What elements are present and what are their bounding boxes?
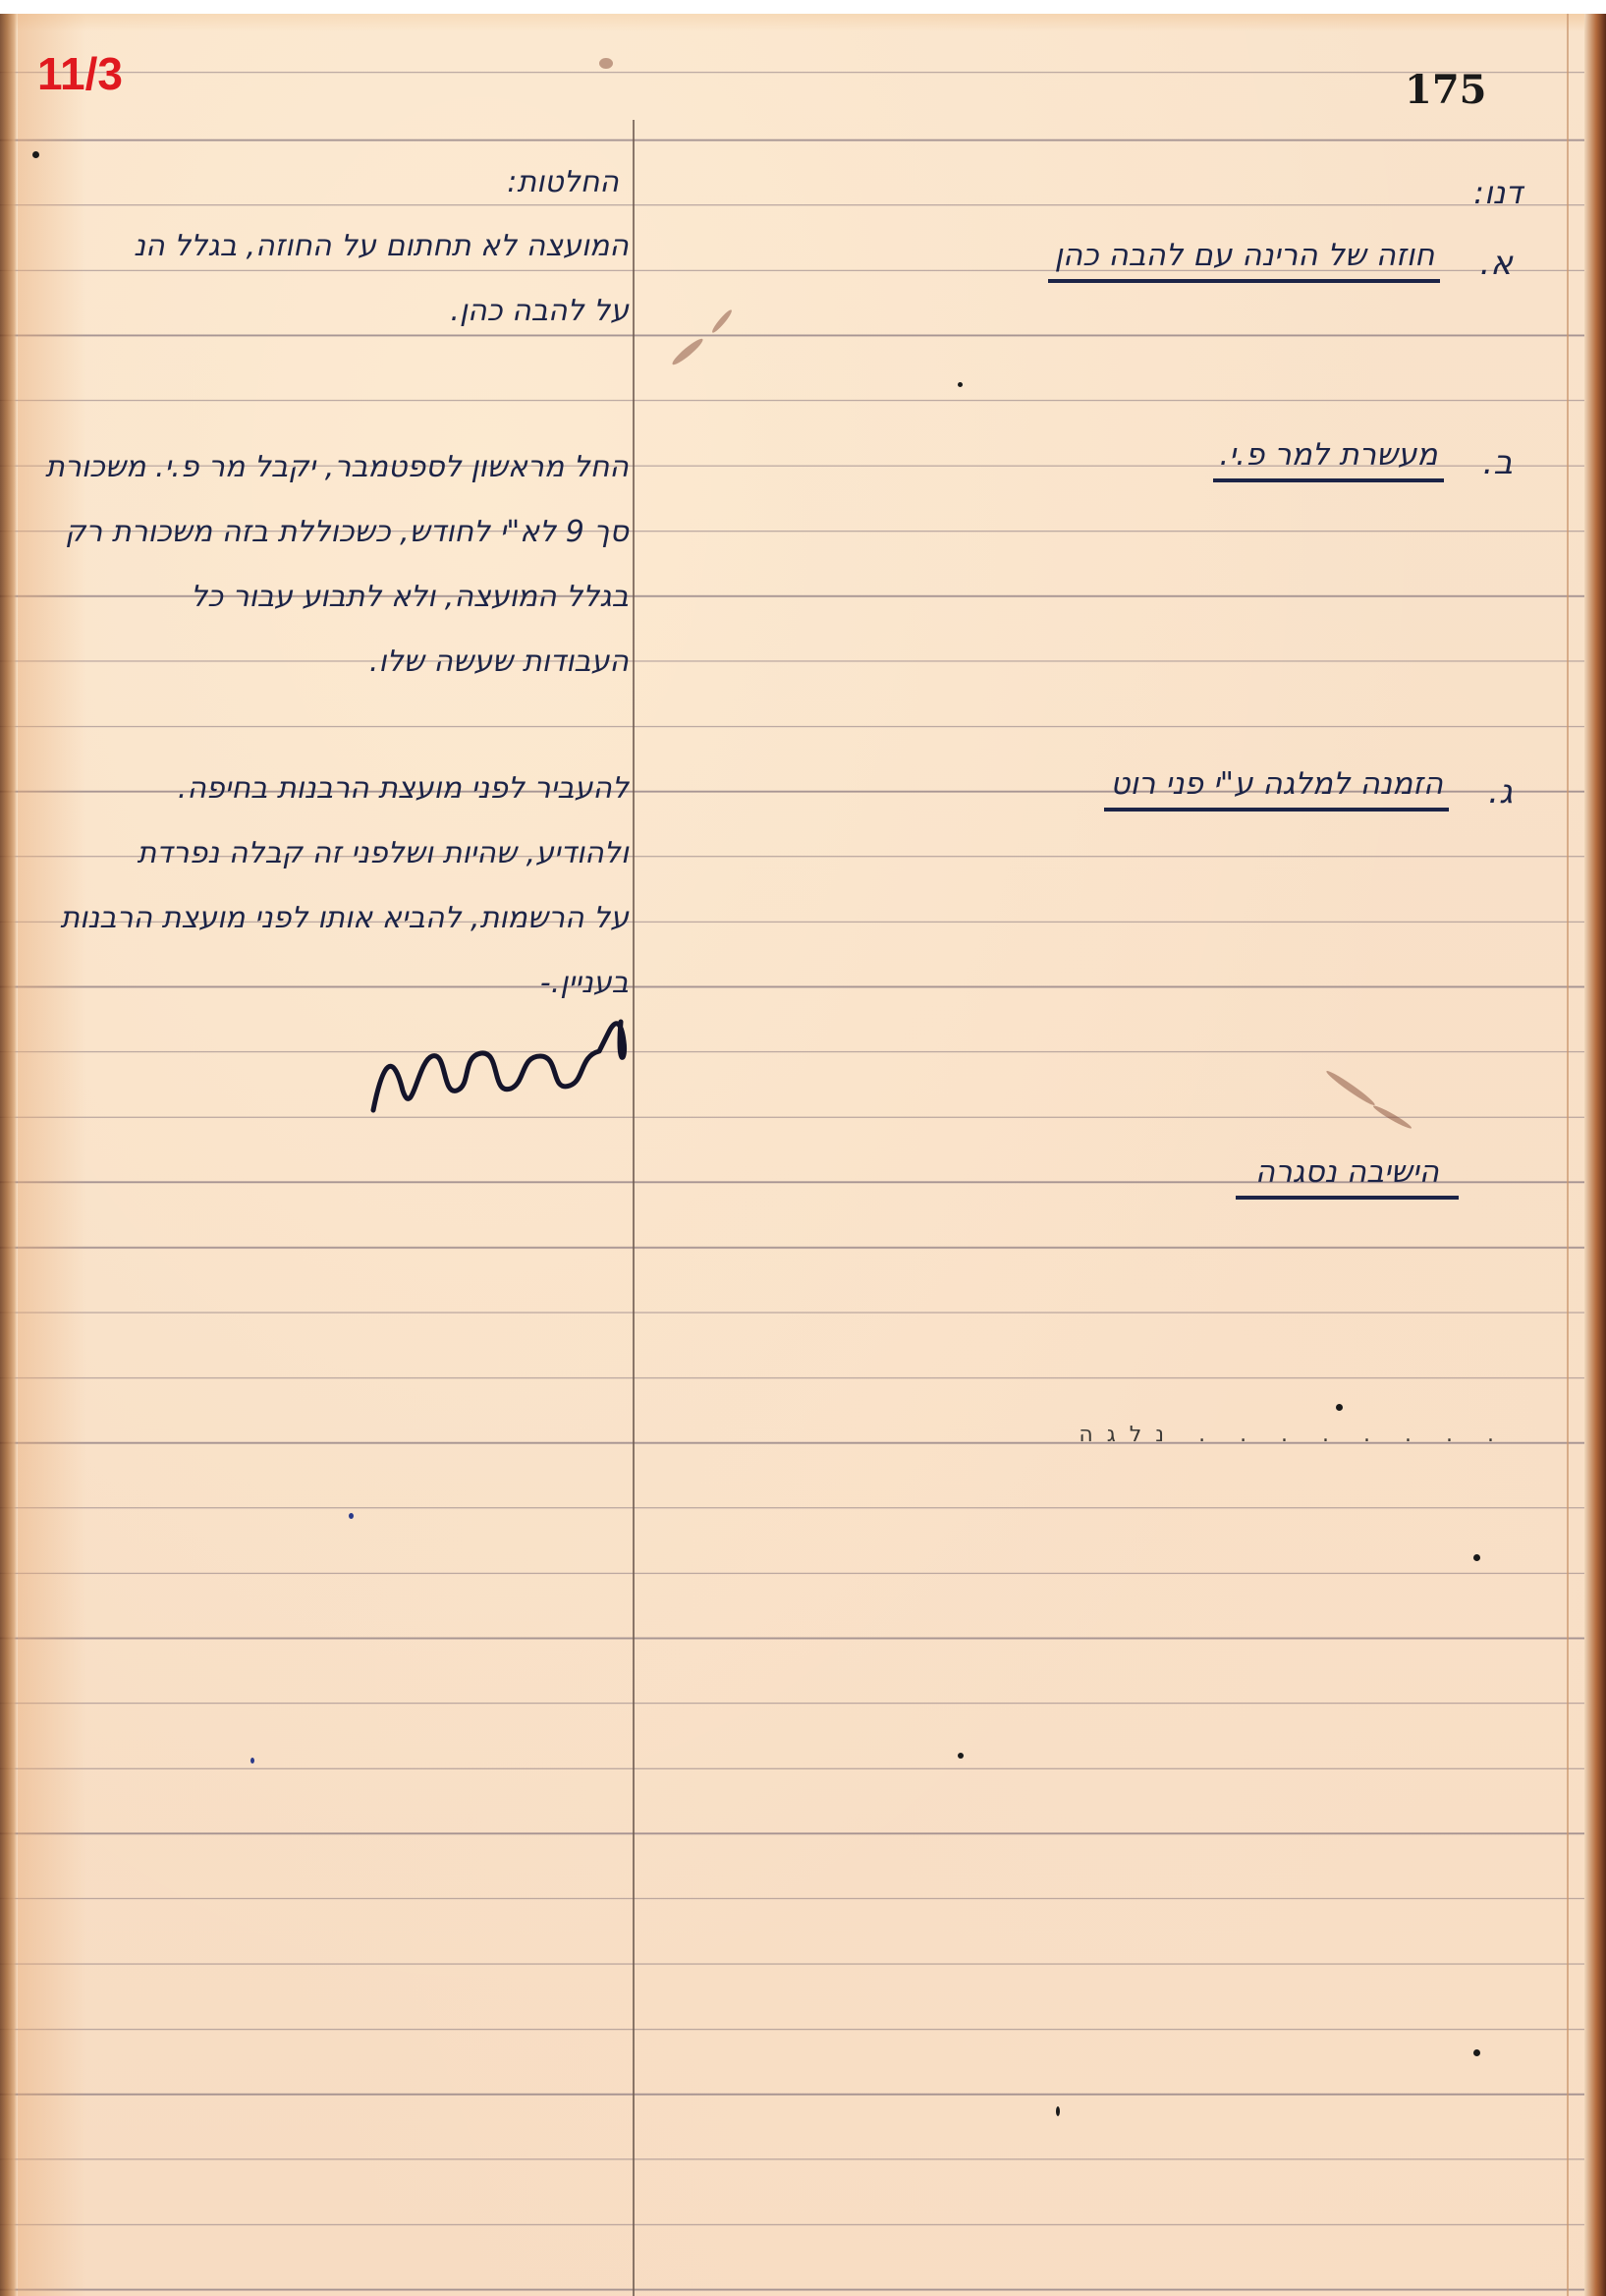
decision-line: החל מראשון לספטמבר, יקבל מר פ.י. משכורת: [45, 435, 629, 500]
agenda-item-number: ב.: [1483, 443, 1513, 482]
agenda-item-1: א. חוזה של הרינה עם להבה כהן: [1048, 238, 1513, 283]
archive-stamp: 11/3: [37, 47, 123, 100]
binding-edge-left: [0, 14, 18, 2296]
agenda-item-3: ג. הזמנה למלגה ע"י פני רוט: [1104, 766, 1513, 812]
agenda-item-text: הזמנה למלגה ע"י פני רוט: [1104, 766, 1449, 812]
speck: [32, 151, 39, 158]
speck: [958, 382, 963, 387]
speck: [1473, 2049, 1480, 2056]
decision-paragraph-3: להעביר לפני מועצת הרבנות בחיפה. ולהודיע,…: [60, 756, 629, 1016]
speck: [1473, 1554, 1480, 1561]
binding-edge-right: [1584, 14, 1606, 2296]
decision-line: להעביר לפני מועצת הרבנות בחיפה.: [60, 756, 629, 821]
decision-line: העבודות שעשה שלו.: [45, 630, 629, 695]
right-margin-line: [1567, 14, 1569, 2296]
decision-line: בגלל המועצה, ולא לתבוע עבור כל: [45, 565, 629, 630]
agenda-item-text: חוזה של הרינה עם להבה כהן: [1048, 238, 1440, 283]
column-divider: [633, 120, 635, 2296]
agenda-title: דנו:: [1277, 174, 1523, 211]
speck: [1056, 2106, 1060, 2116]
meeting-closed-note: הישיבה נסגרה: [1236, 1154, 1459, 1200]
agenda-item-number: א.: [1479, 244, 1513, 283]
decision-paragraph-1: המועצה לא תחתום על החוזה, בגלל הנ על להב…: [134, 214, 629, 344]
agenda-item-text: מעשרת למר פ.י.: [1213, 437, 1443, 482]
decision-line: המועצה לא תחתום על החוזה, בגלל הנ: [134, 214, 629, 279]
left-shade: [18, 14, 86, 2296]
speck: [1336, 1404, 1343, 1411]
agenda-item-2: ב. מעשרת למר פ.י.: [1213, 437, 1513, 482]
decision-line: על הרשמות, להביא אותו לפני מועצת הרבנות: [60, 886, 629, 951]
speck: [250, 1758, 254, 1764]
decision-line: ולהודיע, שהיות ושלפני זה קבלה נפרדת: [60, 821, 629, 886]
speck: [958, 1753, 964, 1759]
decisions-title: החלטות:: [422, 165, 619, 199]
signature: [363, 1002, 638, 1130]
faded-handwriting: . . . . . . . . נלגה: [1079, 1423, 1508, 1447]
ink-stain: [599, 58, 613, 69]
page-number: 175: [1405, 67, 1487, 113]
decision-line: על להבה כהן.: [134, 279, 629, 344]
decision-line: סך 9 לא"י לחודש, כשכוללת בזה משכורת רק: [45, 500, 629, 565]
decision-paragraph-2: החל מראשון לספטמבר, יקבל מר פ.י. משכורת …: [45, 435, 629, 695]
agenda-item-number: ג.: [1488, 772, 1513, 812]
speck: [349, 1513, 354, 1519]
